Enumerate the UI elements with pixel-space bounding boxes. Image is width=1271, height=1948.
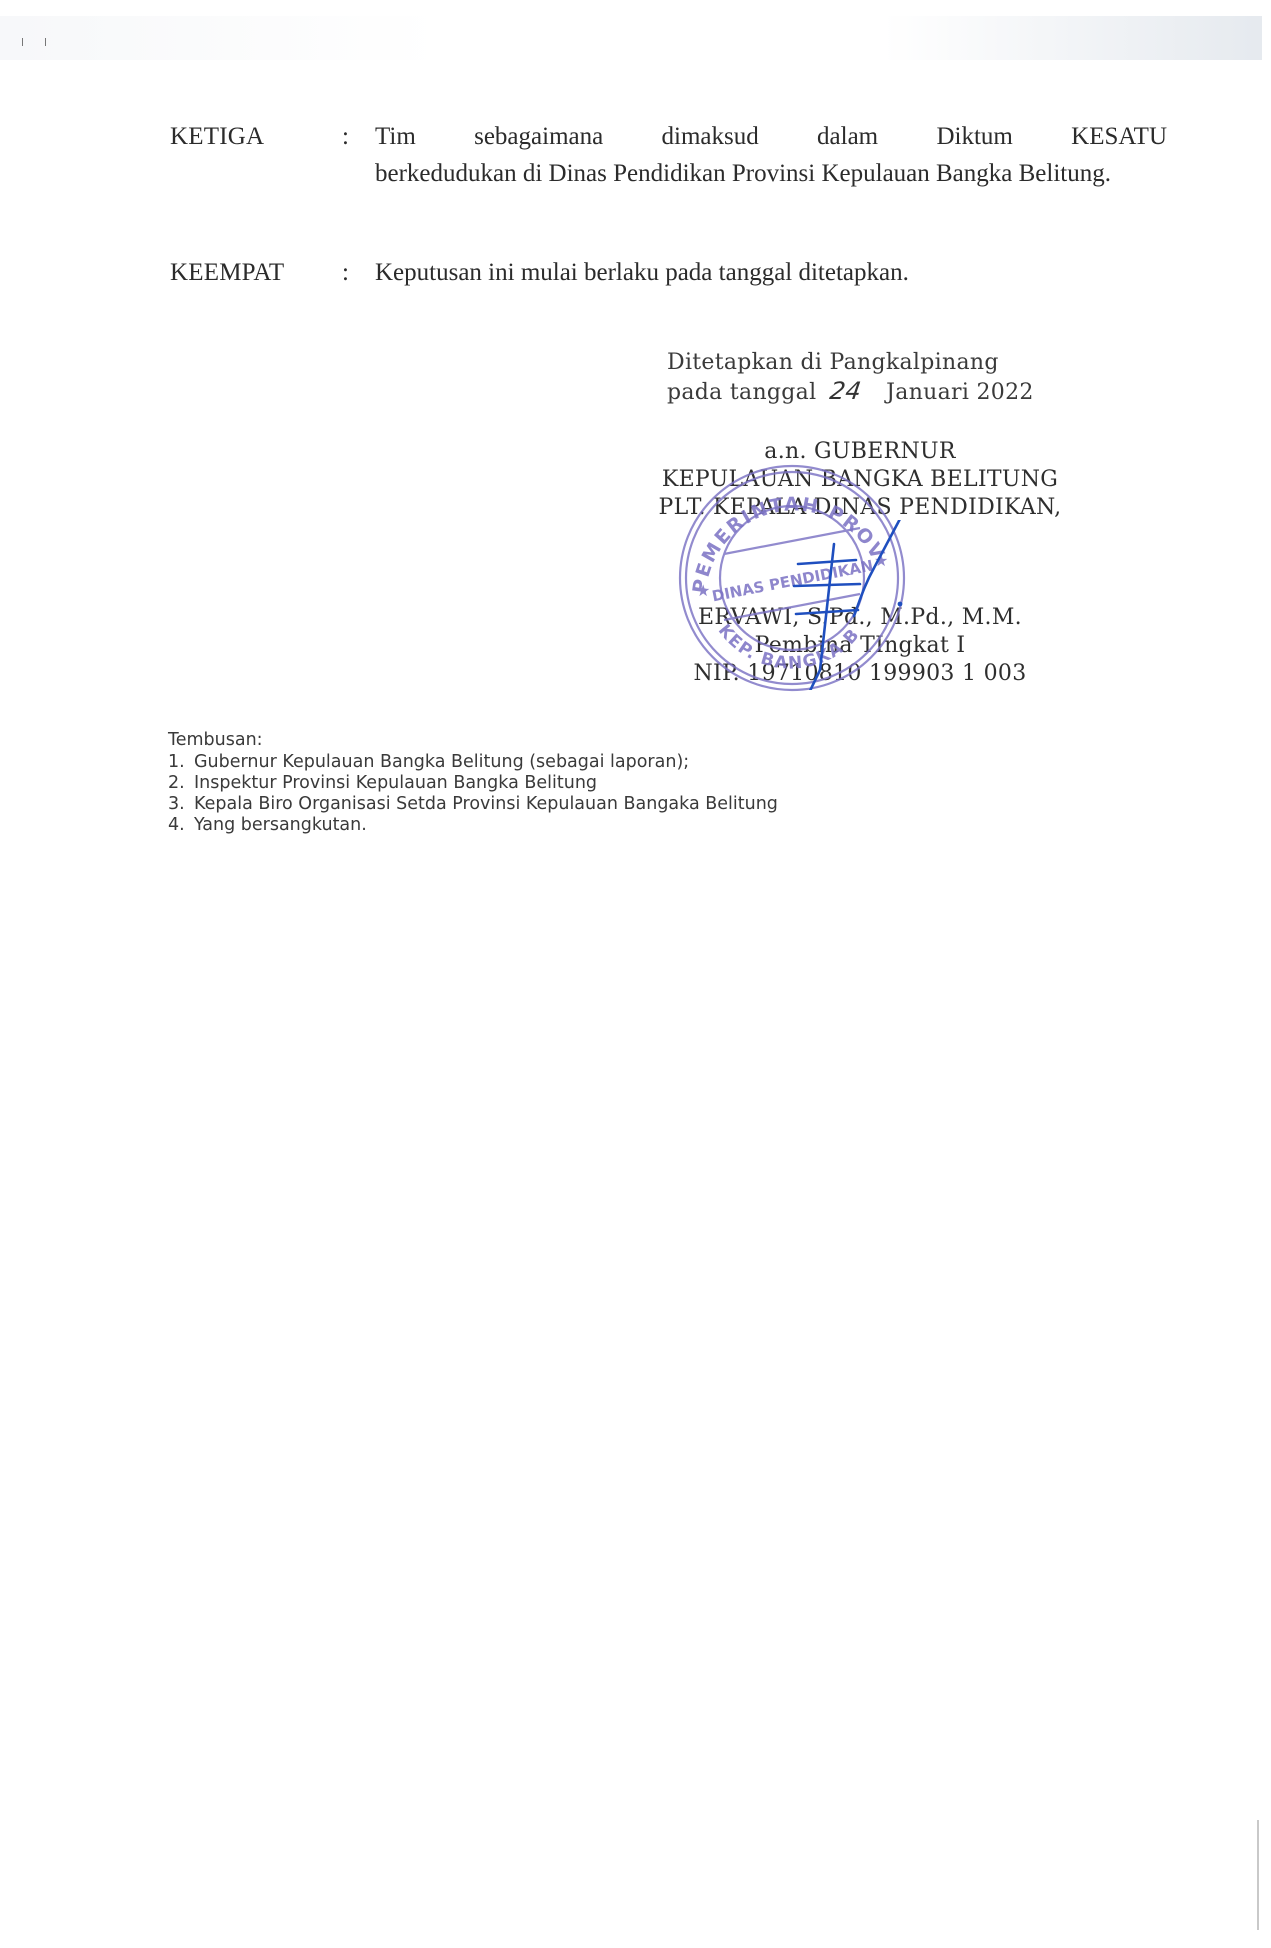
diktum-keempat: KEEMPAT : Keputusan ini mulai berlaku pa… [170, 254, 1170, 294]
place-line: Ditetapkan di Pangkalpinang [667, 349, 1034, 377]
tembusan-heading: Tembusan: [168, 730, 778, 751]
tembusan-item-text: Gubernur Kepulauan Bangka Belitung (seba… [194, 752, 689, 772]
signatory-name: ERVAWI, S.Pd., M.Pd., M.M. [640, 604, 1080, 632]
signatory-rank: Pembina TIngkat I [640, 632, 1080, 660]
signature-space [640, 522, 1080, 604]
tembusan-item: 3.Kepala Biro Organisasi Setda Provinsi … [168, 794, 778, 815]
handwritten-day: 24 [828, 377, 863, 405]
tembusan-item-text: Kepala Biro Organisasi Setda Provinsi Ke… [194, 794, 778, 814]
diktum-ketiga: KETIGA : Tim sebagaimana dimaksud dalam … [170, 118, 1170, 238]
on-behalf-line: a.n. GUBERNUR [640, 438, 1080, 466]
region-line: KEPULAUAN BANGKA BELITUNG [640, 466, 1080, 494]
tembusan-item-text: Inspektur Provinsi Kepulauan Bangka Beli… [194, 773, 597, 793]
diktum-body: Tim sebagaimana dimaksud dalam Diktum KE… [375, 118, 1167, 192]
date-month-year: Januari 2022 [886, 380, 1034, 405]
diktum-body-first-line: Tim sebagaimana dimaksud dalam Diktum KE… [375, 118, 1167, 155]
tembusan-list: 1.Gubernur Kepulauan Bangka Belitung (se… [168, 752, 778, 836]
tembusan-item-text: Yang bersangkutan. [194, 815, 367, 835]
diktum-body: Keputusan ini mulai berlaku pada tanggal… [375, 254, 1167, 291]
position-line: PLT. KEPALA DINAS PENDIDIKAN, [640, 494, 1080, 522]
tembusan-section: Tembusan: 1.Gubernur Kepulauan Bangka Be… [168, 730, 778, 836]
signature-block: a.n. GUBERNUR KEPULAUAN BANGKA BELITUNG … [640, 438, 1080, 688]
tembusan-item: 1.Gubernur Kepulauan Bangka Belitung (se… [168, 752, 778, 773]
tembusan-item-number: 1. [168, 752, 194, 773]
scan-artifact-top [0, 16, 1262, 60]
diktum-label: KETIGA [170, 118, 320, 155]
diktum-colon: : [342, 254, 349, 291]
tembusan-item-number: 4. [168, 815, 194, 836]
date-line: pada tanggal 24 Januari 2022 [667, 377, 1034, 407]
tembusan-item: 2.Inspektur Provinsi Kepulauan Bangka Be… [168, 773, 778, 794]
diktum-body-rest: Keputusan ini mulai berlaku pada tanggal… [375, 259, 909, 286]
signature-place-date: Ditetapkan di Pangkalpinang pada tanggal… [667, 349, 1034, 407]
signatory-nip: NIP. 19710810 199903 1 003 [640, 660, 1080, 688]
tembusan-item: 4.Yang bersangkutan. [168, 815, 778, 836]
scan-artifact-corner-mark [22, 38, 46, 46]
diktum-label: KEEMPAT [170, 254, 320, 291]
scan-artifact-edge [1257, 1820, 1259, 1930]
date-prefix: pada tanggal [667, 380, 816, 405]
tembusan-item-number: 3. [168, 794, 194, 815]
diktum-colon: : [342, 118, 349, 155]
diktum-body-rest: berkedudukan di Dinas Pendidikan Provins… [375, 160, 1111, 187]
tembusan-item-number: 2. [168, 773, 194, 794]
